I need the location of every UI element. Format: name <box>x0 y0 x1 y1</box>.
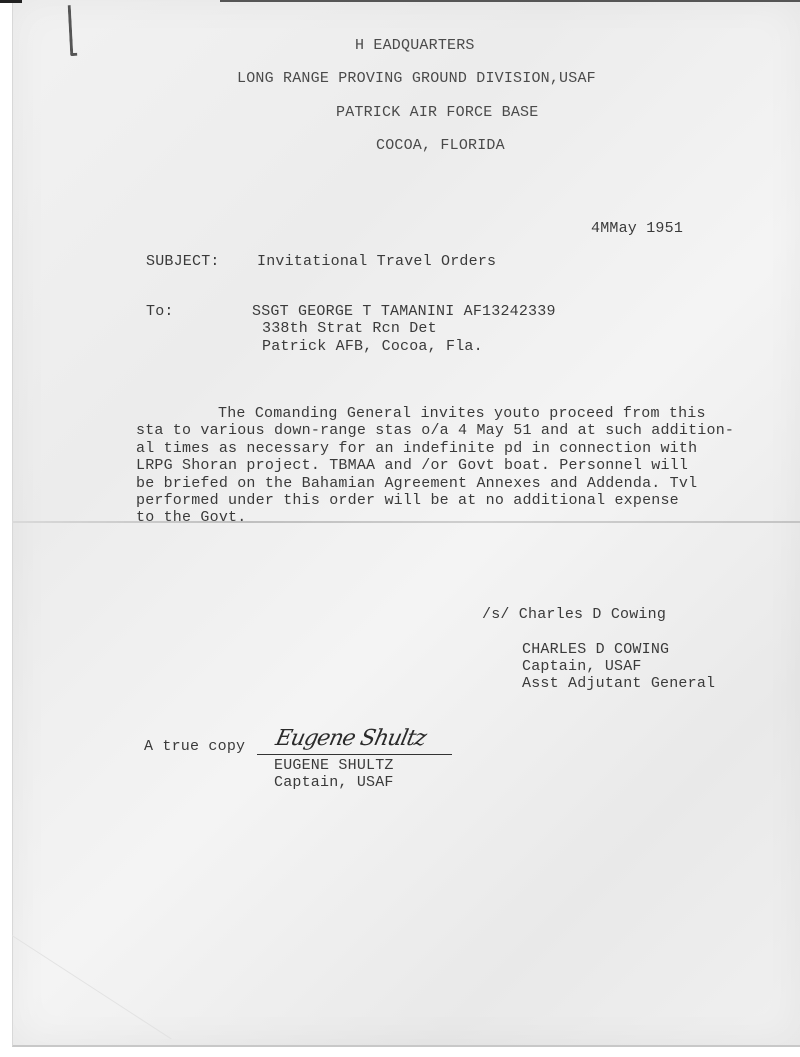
to-label: To: <box>146 303 174 320</box>
body-line-7: to the Govt. <box>136 509 246 527</box>
fold-line <box>12 521 800 523</box>
copy-certifier-name: EUGENE SHULTZ <box>274 757 394 774</box>
body-line-4: LRPG Shoran project. TBMAA and /or Govt … <box>136 457 688 475</box>
scan-edge-top <box>220 0 800 2</box>
document-page <box>12 0 800 1047</box>
addressee-unit: 338th Strat Rcn Det <box>262 320 437 337</box>
body-line-5: be briefed on the Bahamian Agreement Ann… <box>136 475 697 493</box>
signer-title: Asst Adjutant General <box>522 675 715 692</box>
scan-edge <box>0 0 22 3</box>
letterhead-line-4: COCOA, FLORIDA <box>376 137 505 154</box>
copy-certifier-rank: Captain, USAF <box>274 774 394 791</box>
signature-line <box>257 754 452 755</box>
signed-by: /s/ Charles D Cowing <box>482 606 666 623</box>
signer-rank: Captain, USAF <box>522 658 642 675</box>
letterhead-line-1: H EADQUARTERS <box>355 37 475 54</box>
letterhead-line-3: PATRICK AIR FORCE BASE <box>336 104 538 121</box>
addressee-location: Patrick AFB, Cocoa, Fla. <box>262 338 483 355</box>
body-line-3: al times as necessary for an indefinite … <box>136 440 697 458</box>
signer-name: CHARLES D COWING <box>522 641 669 658</box>
body-line-2: sta to various down-range stas o/a 4 May… <box>136 422 734 440</box>
body-line-6: performed under this order will be at no… <box>136 492 679 510</box>
letterhead-line-2: LONG RANGE PROVING GROUND DIVISION,USAF <box>237 70 596 87</box>
date: 4MMay 1951 <box>591 220 683 237</box>
subject-value: Invitational Travel Orders <box>257 253 496 270</box>
subject-label: SUBJECT: <box>146 253 220 270</box>
handwritten-signature: Eugene Shultz <box>273 726 428 751</box>
true-copy-label: A true copy <box>144 738 245 755</box>
addressee-name: SSGT GEORGE T TAMANINI AF13242339 <box>252 303 556 320</box>
body-line-1: The Comanding General invites youto proc… <box>172 405 706 423</box>
